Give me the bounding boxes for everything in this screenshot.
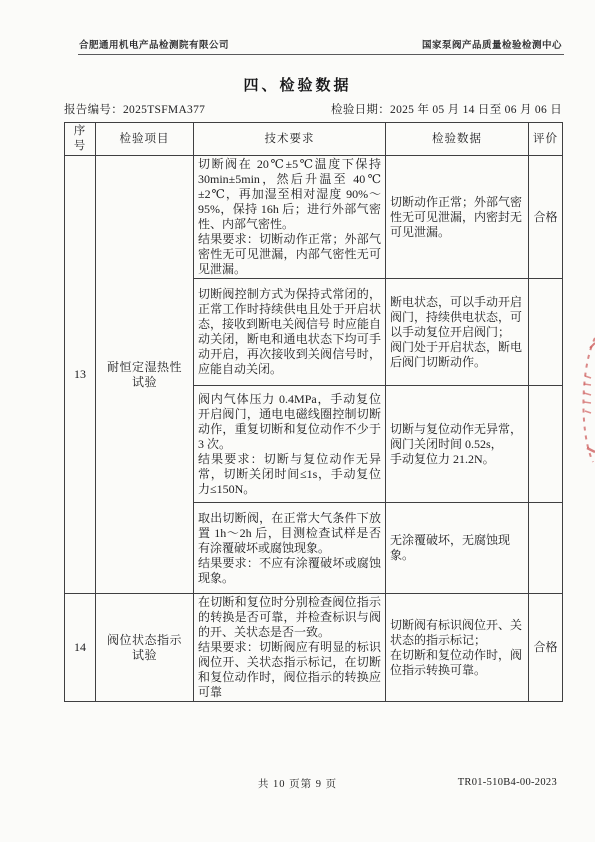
row13-block2-evaluation (529, 279, 563, 386)
row13-block3-data: 切断与复位动作无异常， 阀门关闭时间 0.52s， 手动复位力 21.2N。 (386, 386, 529, 503)
row13-block4-data: 无涂覆破坏，无腐蚀现象。 (386, 503, 529, 594)
report-meta-row: 报告编号：2025TSFMA377 检验日期：2025 年 05 月 14 日至… (64, 101, 562, 117)
report-page: 合肥通用机电产品检测院有限公司 国家泵阀产品质量检验检测中心 四、检验数据 报告… (0, 0, 595, 842)
row13-block2-requirement: 切断阀控制方式为保持式常闭的，正常工作时持续供电且处于开启状态，接收到断电关阀信… (194, 279, 386, 386)
header-company-left: 合肥通用机电产品检测院有限公司 (79, 37, 229, 51)
row13-block1-requirement: 切断阀在 20℃±5℃温度下保持 30min±5min，然后升温至 40℃±2℃… (194, 156, 386, 279)
row13-block4-requirement: 取出切断阀，在正常大气条件下放置 1h～2h 后，目测检查试样是否有涂覆破坏或腐… (194, 503, 386, 594)
header-company-right: 国家泵阀产品质量检验检测中心 (422, 37, 562, 51)
row14-requirement: 在切断和复位时分别检查阀位指示的转换是否可靠，并检查标识与阀的开、关状态是否一致… (194, 594, 386, 702)
inspection-date: 检验日期：2025 年 05 月 14 日至 06 月 06 日 (331, 101, 562, 117)
row13-block1-data: 切断动作正常；外部气密性无可见泄漏，内密封无可见泄漏。 (386, 156, 529, 279)
column-header-data: 检验数据 (386, 123, 529, 156)
row14-item: 阀位状态指示 试验 (96, 594, 194, 702)
row13-block1-evaluation: 合格 (529, 156, 563, 279)
page-header: 合肥通用机电产品检测院有限公司 国家泵阀产品质量检验检测中心 (79, 37, 562, 51)
row13-block3-evaluation (529, 386, 563, 503)
row13-block4-evaluation (529, 503, 563, 594)
column-header-evaluation: 评价 (529, 123, 563, 156)
row13-item: 耐恒定湿热性 试验 (96, 156, 194, 594)
row14-seq: 14 (65, 594, 96, 702)
column-header-requirement: 技术要求 (194, 123, 386, 156)
column-header-item: 检验项目 (96, 123, 194, 156)
table-row: 13 耐恒定湿热性 试验 切断阀在 20℃±5℃温度下保持 30min±5min… (65, 156, 563, 279)
section-title: 四、检验数据 (0, 74, 595, 95)
table-row: 14 阀位状态指示 试验 在切断和复位时分别检查阀位指示的转换是否可靠，并检查标… (65, 594, 563, 702)
row14-data: 切断阀有标识阀位开、关状态的指示标记； 在切断和复位动作时，阀位指示转换可靠。 (386, 594, 529, 702)
report-number: 报告编号：2025TSFMA377 (64, 101, 205, 117)
row13-block3-requirement: 阀内气体压力 0.4MPa，手动复位开启阀门，通电电磁线圈控制切断动作，重复切断… (194, 386, 386, 503)
row14-evaluation: 合格 (529, 594, 563, 702)
table-header-row: 序号 检验项目 技术要求 检验数据 评价 (65, 123, 563, 156)
inspection-data-table: 序号 检验项目 技术要求 检验数据 评价 13 耐恒定湿热性 试验 切断阀在 2… (64, 122, 563, 702)
row13-block2-data: 断电状态，可以手动开启阀门，持续供电状态，可以手动复位开启阀门； 阀门处于开启状… (386, 279, 529, 386)
column-header-seq: 序号 (65, 123, 96, 156)
header-rule (78, 54, 564, 55)
red-seal-fragment-icon (572, 336, 595, 464)
form-number: TR01-510B4-00-2023 (458, 777, 557, 788)
row13-seq: 13 (65, 156, 96, 594)
